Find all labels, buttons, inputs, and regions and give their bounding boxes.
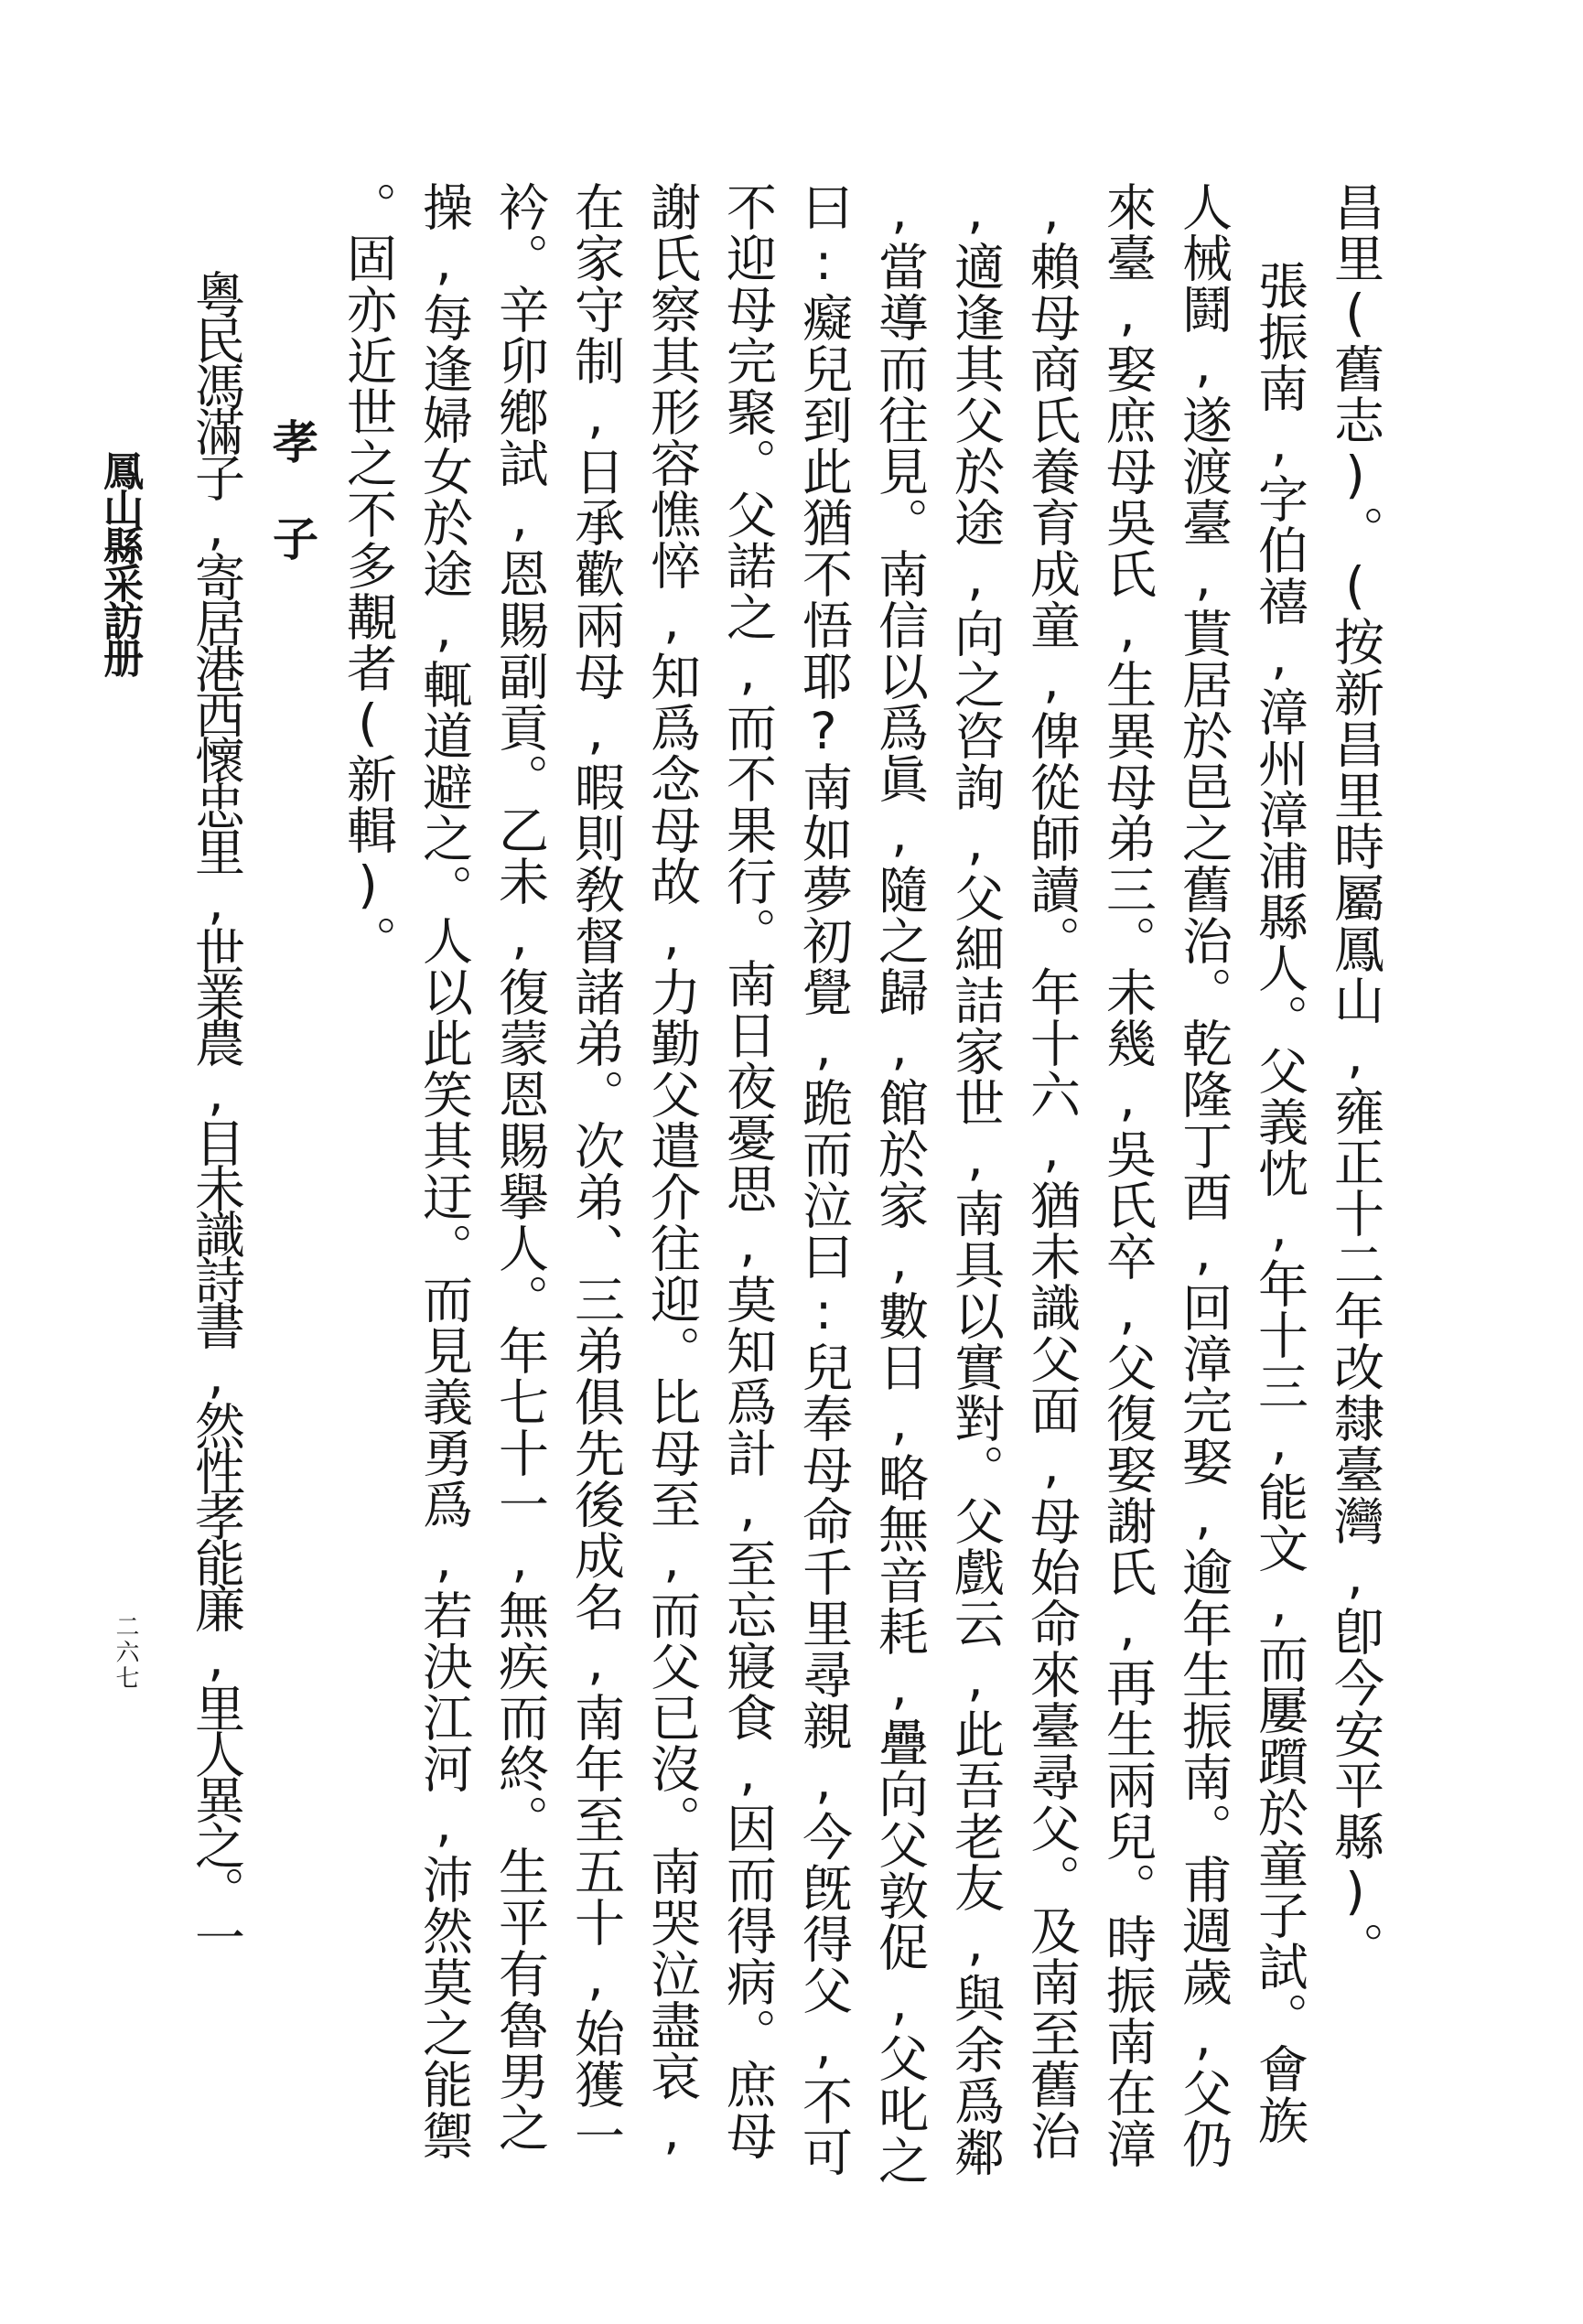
text-column-8: 曰:癡兒到此猶不悟耶?南如夢初覺,跪而泣曰:兒奉母命千里尋親,今旣得父,不可 <box>785 181 861 2139</box>
text-column-1: 昌里(舊志)。(按新昌里時屬鳳山,雍正十二年改隸臺灣,卽今安平縣)。 <box>1317 181 1393 2139</box>
text-column-13: 操,每逢婦女於途,輒道避之。人以此笑其迂。而見義勇爲,若決江河,沛然莫之能禦 <box>405 181 481 2139</box>
text-column-9: 不迎母完聚。父諾之,而不果行。南日夜憂思,莫知爲計,至忘寢食,因而得病。庶母 <box>709 181 785 2139</box>
text-column-15: 粵民馮滿子,寄居港西懷忠里,世業農,目未識詩書,然性孝能廉,里人異之。一 <box>178 181 253 2139</box>
main-text-block: 昌里(舊志)。(按新昌里時屬鳳山,雍正十二年改隸臺灣,卽今安平縣)。 張振南,字… <box>178 181 1393 2139</box>
margin-book-title: 鳳山縣采訪册 <box>97 450 141 675</box>
text-column-4: 來臺,娶庶母吳氏,生異母弟三。未幾,吳氏卒,父復娶謝氏,再生兩兒。時振南在漳 <box>1089 181 1165 2139</box>
book-page-scan: 昌里(舊志)。(按新昌里時屬鳳山,雍正十二年改隸臺灣,卽今安平縣)。 張振南,字… <box>0 0 1583 2324</box>
text-column-7: ,當導而往見。南信以爲眞,隨之歸,館於家,數日,略無音耗,疊向父敦促,父叱之 <box>861 181 937 2139</box>
section-heading: 孝子 <box>253 181 329 2139</box>
text-column-11: 在家守制,日承歡兩母,暇則敎督諸弟。次弟、三弟俱先後成名,南年至五十,始獲一 <box>557 181 633 2139</box>
text-column-10: 謝氏察其形容憔悴,知爲念母故,力勤父遣介往迎。比母至,而父已沒。南哭泣盡哀, <box>633 181 709 2139</box>
text-column-12: 衿。辛卯鄕試,恩賜副貢。乙未,復蒙恩賜擧人。年七十一,無疾而終。生平有魯男之 <box>481 181 557 2139</box>
text-column-5: ,賴母商氏養育成童,俾從師讀。年十六,猶未識父面,母始命來臺尋父。及南至舊治 <box>1013 181 1089 2139</box>
text-column-6: ,適逢其父於途,向之咨詢,父細詰家世,南具以實對。父戲云,此吾老友,與余爲鄰 <box>937 181 1013 2139</box>
text-column-3: 人械鬪,遂渡臺,貰居於邑之舊治。乾隆丁酉,回漳完娶,逾年生振南。甫週歲,父仍 <box>1165 181 1241 2139</box>
text-column-14: 。固亦近世之不多覯者(新輯)。 <box>329 181 405 2139</box>
page-number: 二六七 <box>107 1614 144 1691</box>
text-column-2: 張振南,字伯禧,漳州漳浦縣人。父義忱,年十三,能文,而屢躓於童子試。會族 <box>1241 181 1317 2139</box>
